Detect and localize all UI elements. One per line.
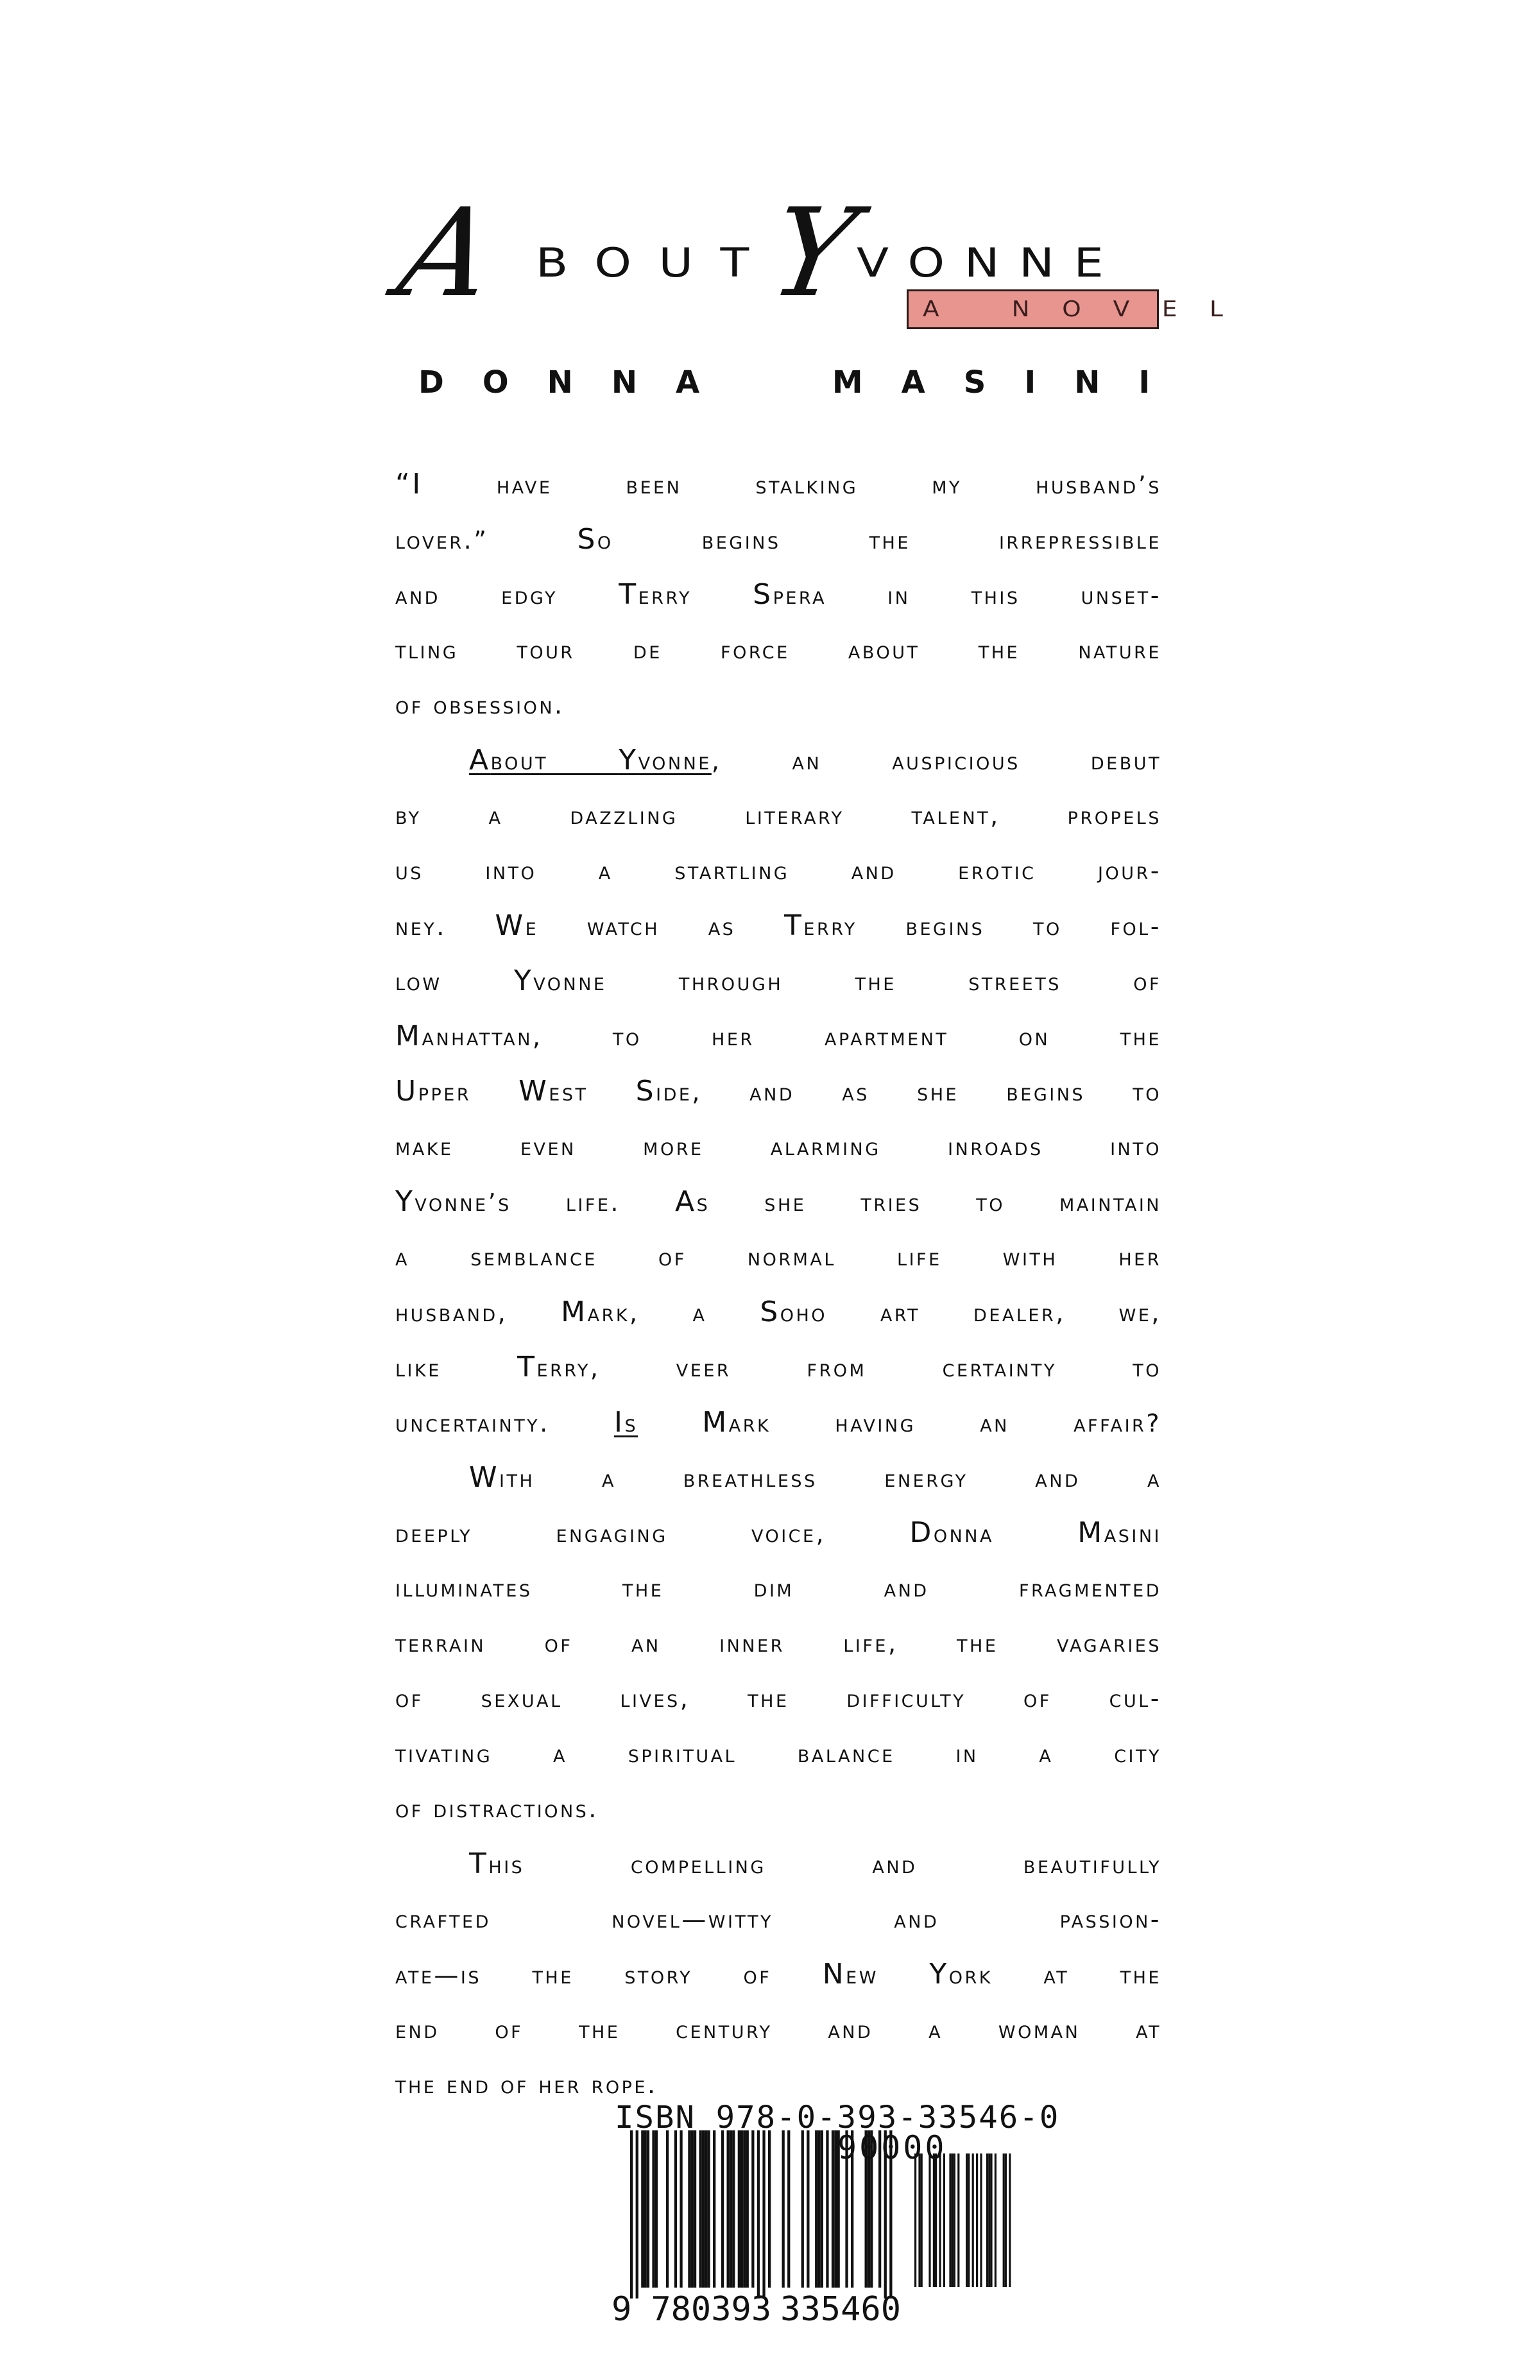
- blurb-line: and edgy Terry Spera in this unset-: [395, 567, 1161, 622]
- title-initial-a: A: [390, 193, 504, 314]
- blurb-line: of distractions.: [395, 1781, 1161, 1836]
- ean-number: 9780393335460: [612, 2290, 901, 2329]
- blurb-line: like Terry, veer from certainty to: [395, 1340, 1161, 1395]
- blurb-line: of obsession.: [395, 678, 1161, 733]
- title-word-about-rest: BOUT: [536, 243, 776, 283]
- blurb-line: With a breathless energy and a: [395, 1450, 1161, 1505]
- jacket-blurb: “I have been stalking my husband’slover.…: [395, 457, 1161, 2112]
- book-title: A BOUT Y VONNE: [0, 0, 1540, 347]
- author-name: DONNA MASINI: [418, 364, 1188, 400]
- blurb-line: Yvonne’s life. As she tries to maintain: [395, 1174, 1161, 1229]
- blurb-line: crafted novel—witty and passion-: [395, 1892, 1161, 1947]
- blurb-line: Manhattan, to her apartment on the: [395, 1009, 1161, 1064]
- title-word-yvonne-rest: VONNE: [857, 243, 1123, 283]
- blurb-line: husband, Mark, a Soho art dealer, we,: [395, 1285, 1161, 1340]
- blurb-line: This compelling and beautifully: [395, 1836, 1161, 1892]
- blurb-line: of sexual lives, the difficulty of cul-: [395, 1671, 1161, 1726]
- blurb-line: “I have been stalking my husband’s: [395, 457, 1161, 512]
- blurb-line: end of the century and a woman at: [395, 2002, 1161, 2057]
- title-initial-y: Y: [762, 193, 864, 314]
- ean-group-2: 335460: [780, 2290, 901, 2329]
- blurb-line: About Yvonne, an auspicious debut: [395, 733, 1161, 788]
- blurb-line: ney. We watch as Terry begins to fol-: [395, 898, 1161, 954]
- blurb-line: by a dazzling literary talent, propels: [395, 788, 1161, 843]
- ean-group-1: 780393: [651, 2290, 771, 2329]
- blurb-line: us into a startling and erotic jour-: [395, 843, 1161, 898]
- blurb-line: uncertainty. Is Mark having an affair?: [395, 1395, 1161, 1450]
- blurb-line: low Yvonne through the streets of: [395, 954, 1161, 1009]
- blurb-line: deeply engaging voice, Donna Masini: [395, 1505, 1161, 1561]
- blurb-line: make even more alarming inroads into: [395, 1119, 1161, 1174]
- subtitle-badge: A NOVEL: [907, 289, 1159, 329]
- subtitle-text: A NOVEL: [909, 296, 1255, 322]
- blurb-line: tivating a spiritual balance in a city: [395, 1726, 1161, 1781]
- blurb-line: illuminates the dim and fragmented: [395, 1561, 1161, 1616]
- blurb-line: terrain of an inner life, the vagaries: [395, 1616, 1161, 1671]
- blurb-line: a semblance of normal life with her: [395, 1229, 1161, 1285]
- blurb-line: tling tour de force about the nature: [395, 622, 1161, 678]
- blurb-line: Upper West Side, and as she begins to: [395, 1064, 1161, 1119]
- blurb-line: ate—is the story of New York at the: [395, 1947, 1161, 2002]
- ean-first-digit: 9: [612, 2290, 631, 2329]
- blurb-line: lover.” So begins the irrepressible: [395, 512, 1161, 567]
